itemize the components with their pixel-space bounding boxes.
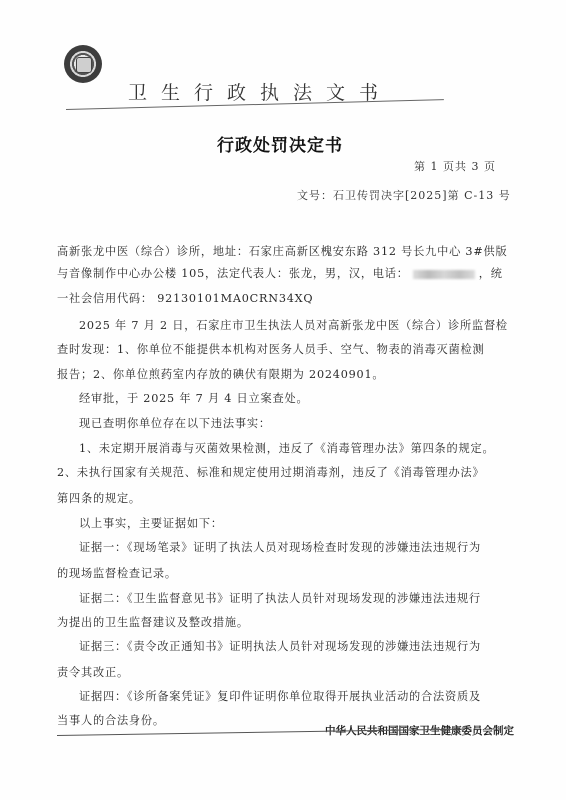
body-line: 经审批，于 2025 年 7 月 4 日立案查处。 [79, 390, 509, 406]
body-line: 责令其改正。 [57, 664, 487, 680]
body-line: 证据四：《诊所备案凭证》复印件证明你单位取得开展执业活动的合法资质及 [79, 688, 509, 704]
body-line: 证据三：《责令改正通知书》证明执法人员针对现场发现的涉嫌违法违规行为 [79, 638, 509, 654]
body-line-text: ，统 [479, 267, 503, 280]
body-line: 证据一：《现场笔录》证明了执法人员对现场检查时发现的涉嫌违法违规行为 [79, 539, 509, 555]
body-line: 为提出的卫生监督建议及整改措施。 [57, 614, 487, 630]
body-line: 第四条的规定。 [57, 490, 487, 506]
page-indicator: 第 1 页共 3 页 [414, 158, 496, 174]
document-number: 文号：石卫传罚决字[2025]第 C-13 号 [297, 187, 511, 203]
body-line: 以上事实，主要证据如下： [79, 515, 509, 531]
national-emblem-icon [64, 45, 102, 83]
body-line: 现已查明你单位存在以下违法事实： [79, 415, 509, 431]
body-line: 2、未执行国家有关规范、标准和规定使用过期消毒剂，违反了《消毒管理办法》 [57, 464, 487, 480]
body-line: 一社会信用代码： 92130101MA0CRN34XQ [57, 290, 487, 306]
body-line: 高新张龙中医（综合）诊所，地址：石家庄高新区槐安东路 312 号长九中心 3#供… [57, 243, 487, 259]
body-line: 与音像制作中心办公楼 105，法定代表人：张龙，男，汉，电话：，统 [57, 265, 487, 281]
redacted-phone-number [413, 270, 475, 279]
document-title: 行政处罚决定书 [217, 131, 343, 156]
body-line: 2025 年 7 月 2 日，石家庄市卫生执法人员对高新张龙中医（综合）诊所监督… [79, 317, 509, 333]
body-line: 证据二：《卫生监督意见书》证明了执法人员针对现场发现的涉嫌违法违规行 [79, 590, 509, 606]
body-line: 的现场监督检查记录。 [57, 565, 487, 581]
body-line: 1、未定期开展消毒与灭菌效果检测，违反了《消毒管理办法》第四条的规定。 [79, 440, 509, 456]
body-line: 报告；2、你单位煎药室内存放的碘伏有限期为 20240901。 [57, 366, 487, 382]
document-page: 卫生行政执法文书 行政处罚决定书 第 1 页共 3 页 文号：石卫传罚决字[20… [0, 0, 566, 800]
body-line-text: 与音像制作中心办公楼 105，法定代表人：张龙，男，汉，电话： [57, 267, 409, 280]
body-line: 查时发现：1、你单位不能提供本机构对医务人员手、空气、物表的消毒灭菌检测 [57, 341, 487, 357]
